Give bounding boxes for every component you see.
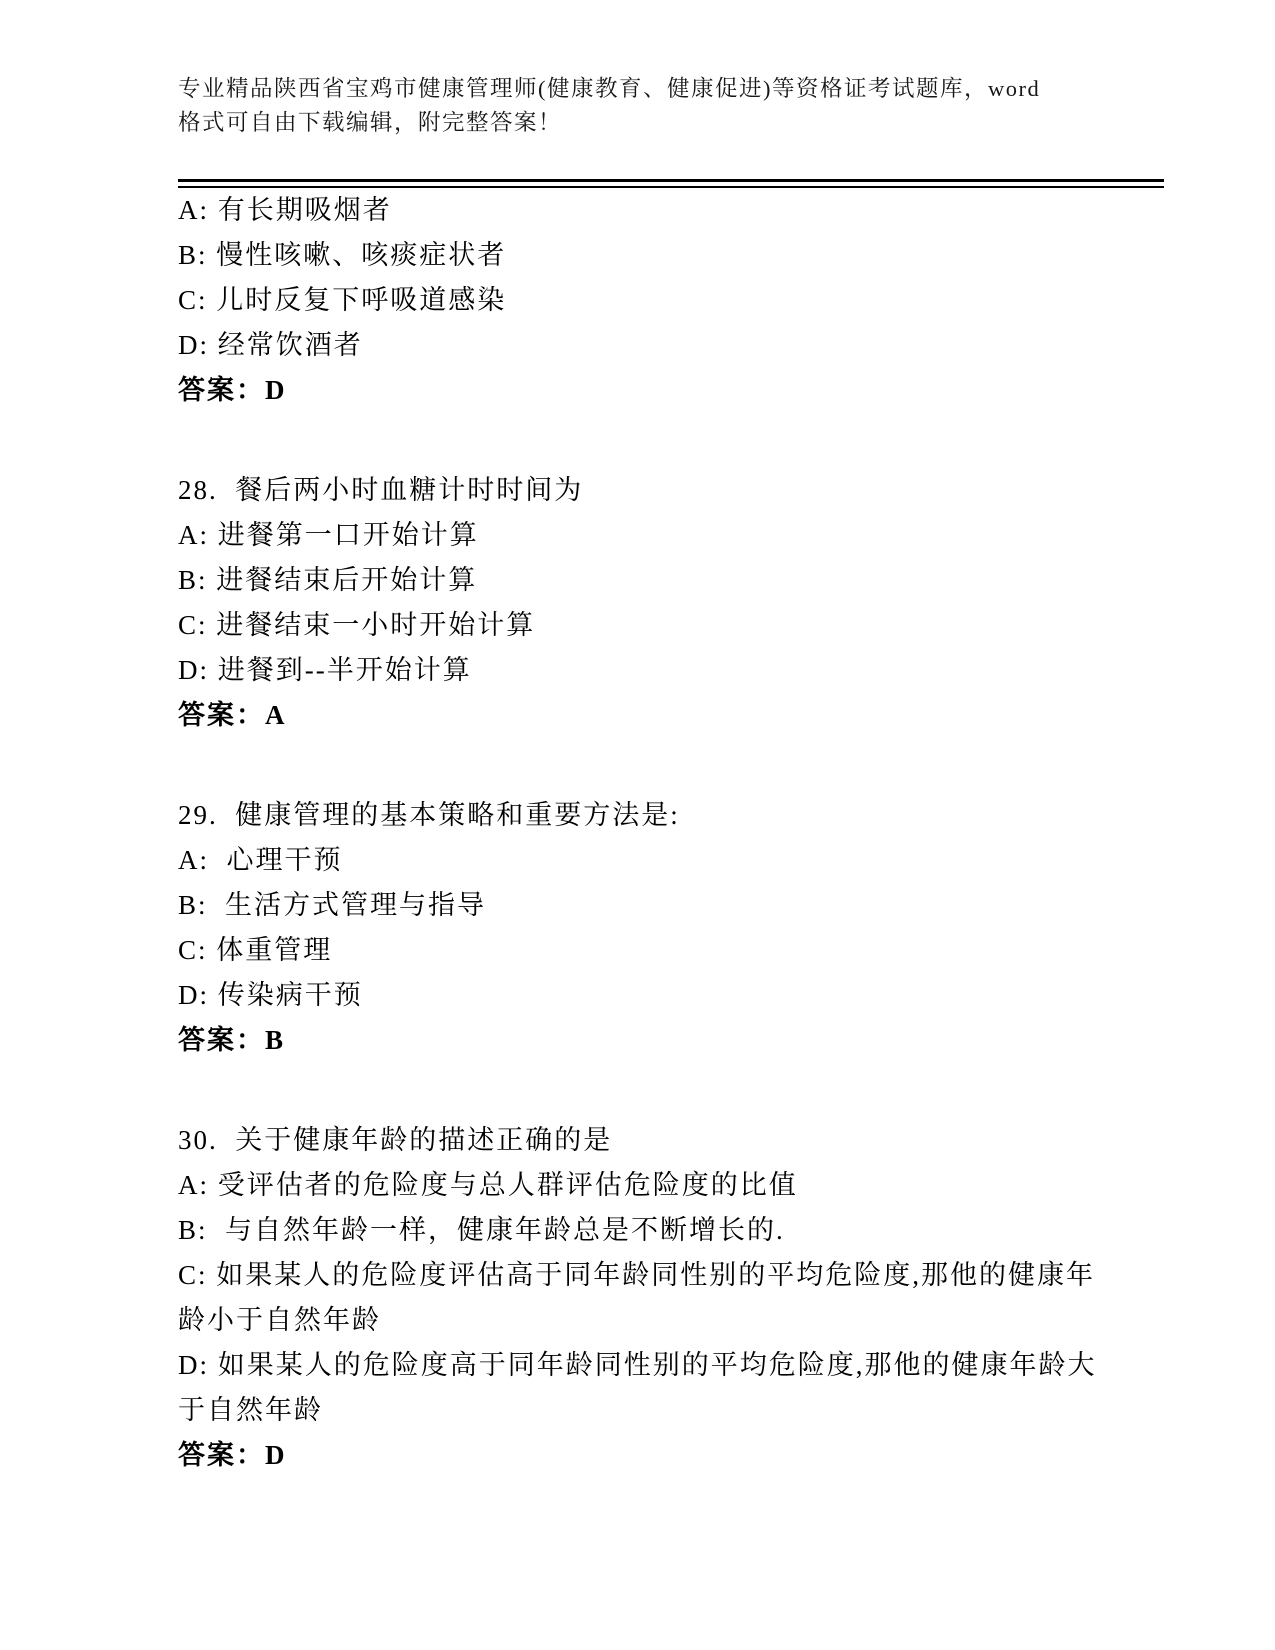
answer-value: D (265, 375, 287, 405)
option-line-d: D: 经常饮酒者 (178, 323, 1098, 368)
question-block-28: 28. 餐后两小时血糖计时时间为 A: 进餐第一口开始计算 B: 进餐结束后开始… (178, 468, 1098, 738)
question-block-30: 30. 关于健康年龄的描述正确的是 A: 受评估者的危险度与总人群评估危险度的比… (178, 1118, 1098, 1478)
answer-value: A (265, 700, 287, 730)
answer-label: 答案： (178, 1025, 265, 1055)
option-line-b: B: 进餐结束后开始计算 (178, 558, 1098, 603)
answer-label: 答案： (178, 375, 265, 405)
question-stem: 30. 关于健康年龄的描述正确的是 (178, 1118, 1098, 1163)
answer-label: 答案： (178, 1440, 265, 1470)
answer-line: 答案：B (178, 1018, 1098, 1063)
question-block-29: 29. 健康管理的基本策略和重要方法是: A: 心理干预 B: 生活方式管理与指… (178, 793, 1098, 1063)
option-line-a: A: 心理干预 (178, 838, 1098, 883)
header-notice: 专业精品陕西省宝鸡市健康管理师(健康教育、健康促进)等资格证考试题库，word … (178, 72, 1098, 140)
option-line-a: A: 受评估者的危险度与总人群评估危险度的比值 (178, 1163, 1098, 1208)
option-line-b: B: 生活方式管理与指导 (178, 883, 1098, 928)
document-content: 专业精品陕西省宝鸡市健康管理师(健康教育、健康促进)等资格证考试题库，word … (178, 72, 1098, 1478)
option-line-c: C: 进餐结束一小时开始计算 (178, 603, 1098, 648)
answer-label: 答案： (178, 700, 265, 730)
question-block-27: A: 有长期吸烟者 B: 慢性咳嗽、咳痰症状者 C: 儿时反复下呼吸道感染 D:… (178, 188, 1098, 413)
answer-line: 答案：A (178, 693, 1098, 738)
option-line-a: A: 有长期吸烟者 (178, 188, 1098, 233)
option-line-a: A: 进餐第一口开始计算 (178, 513, 1098, 558)
header-notice-line2: 格式可自由下载编辑，附完整答案！ (178, 106, 1098, 140)
header-divider (178, 179, 1164, 188)
question-stem: 28. 餐后两小时血糖计时时间为 (178, 468, 1098, 513)
answer-value: D (265, 1440, 287, 1470)
question-stem: 29. 健康管理的基本策略和重要方法是: (178, 793, 1098, 838)
option-line-b: B: 慢性咳嗽、咳痰症状者 (178, 233, 1098, 278)
answer-value: B (265, 1025, 285, 1055)
option-line-c: C: 如果某人的危险度评估高于同年龄同性别的平均危险度,那他的健康年龄小于自然年… (178, 1253, 1098, 1343)
option-line-c: C: 体重管理 (178, 928, 1098, 973)
option-line-d: D: 传染病干预 (178, 973, 1098, 1018)
answer-line: 答案：D (178, 368, 1098, 413)
option-line-d: D: 进餐到--半开始计算 (178, 648, 1098, 693)
header-notice-line1: 专业精品陕西省宝鸡市健康管理师(健康教育、健康促进)等资格证考试题库，word (178, 72, 1098, 106)
option-line-b: B: 与自然年龄一样，健康年龄总是不断增长的. (178, 1208, 1098, 1253)
document-page: 专业精品陕西省宝鸡市健康管理师(健康教育、健康促进)等资格证考试题库，word … (0, 0, 1275, 1650)
option-line-c: C: 儿时反复下呼吸道感染 (178, 278, 1098, 323)
answer-line: 答案：D (178, 1433, 1098, 1478)
option-line-d: D: 如果某人的危险度高于同年龄同性别的平均危险度,那他的健康年龄大于自然年龄 (178, 1343, 1098, 1433)
